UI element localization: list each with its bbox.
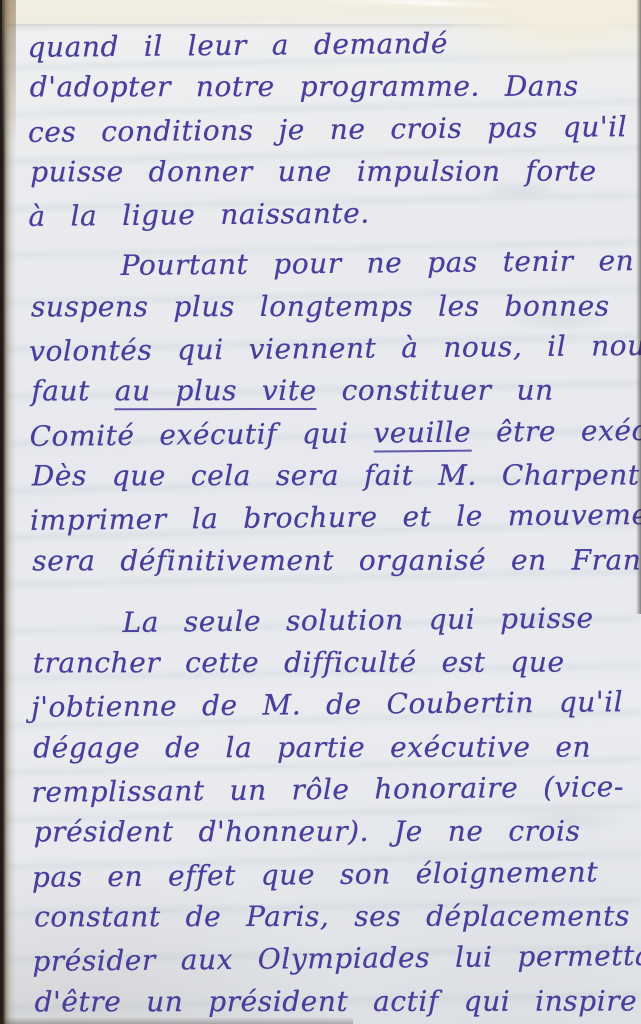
manuscript-line: trancher cette difficulté est que (33, 642, 640, 685)
manuscript-paragraph: Pourtant pour ne pas tenir ensuspens plu… (29, 242, 638, 584)
handwritten-phrase: Comité exécutif qui (29, 416, 373, 452)
handwritten-phrase: quand il leur a demandé (27, 27, 448, 64)
manuscript-line: suspens plus longtemps les bonnes (31, 285, 638, 328)
handwritten-phrase: Pourtant pour ne pas tenir en (121, 245, 635, 283)
handwritten-phrase: président d'honneur). Je ne crois (34, 815, 581, 849)
handwritten-phrase: suspens plus longtemps les bonnes (31, 289, 610, 323)
manuscript-line: sera définitivement organisé en France. (32, 539, 639, 582)
manuscript-line: imprimer la brochure et le mouvement (30, 494, 637, 542)
page-left-edge-highlight (2, 0, 16, 150)
page-right-edge (636, 0, 641, 614)
manuscript-text: quand il leur a demandéd'adopter notre p… (0, 0, 641, 1024)
manuscript-line: volontés qui viennent à nous, il nous (29, 325, 636, 373)
manuscript-line: faut au plus vite constituer un (31, 370, 638, 413)
handwritten-phrase: constant de Paris, ses déplacements pour (34, 899, 641, 933)
manuscript-paragraph: La seule solution qui puissetrancher cet… (30, 598, 639, 1024)
handwritten-phrase: constituer un (317, 374, 554, 407)
manuscript-line: quand il leur a demandé (27, 21, 634, 69)
page-bottom-shadow (0, 1017, 353, 1024)
underlined-phrase: veuille (373, 415, 471, 452)
handwritten-phrase: dégage de la partie exécutive en (33, 730, 591, 764)
manuscript-line: présider aux Olympiades lui permettaient (32, 935, 639, 983)
underlined-phrase: au plus vite (115, 374, 317, 410)
handwritten-phrase: ces conditions je ne crois pas qu'il (28, 110, 627, 149)
handwritten-phrase: d'être un président actif qui inspire et (35, 984, 641, 1018)
manuscript-line: constant de Paris, ses déplacements pour (34, 895, 641, 938)
manuscript-line: Comité exécutif qui veuille être exécuti… (29, 410, 636, 458)
handwritten-phrase: présider aux Olympiades lui permettaient (32, 939, 641, 978)
manuscript-line: puisse donner une impulsion forte (30, 150, 637, 193)
handwritten-phrase: être exécutif (471, 413, 641, 448)
manuscript-line: à la ligue naissante. (28, 190, 635, 238)
manuscript-line: Pourtant pour ne pas tenir en (29, 241, 636, 289)
handwritten-phrase: pas en effet que son éloignement (32, 855, 598, 893)
handwritten-phrase: La seule solution qui puisse (122, 601, 593, 639)
handwritten-phrase: puisse donner une impulsion forte (30, 154, 596, 188)
manuscript-line: remplissant un rôle honoraire (vice- (31, 766, 638, 814)
manuscript-paragraph: quand il leur a demandéd'adopter notre p… (27, 22, 635, 237)
handwritten-phrase: imprimer la brochure et le mouvement (30, 498, 641, 537)
handwritten-phrase: d'adopter notre programme. Dans (30, 70, 579, 104)
manuscript-line: pas en effet que son éloignement (32, 851, 639, 899)
handwritten-phrase: sera définitivement organisé en France. (32, 543, 641, 577)
manuscript-line: d'adopter notre programme. Dans (30, 66, 637, 109)
handwritten-phrase: trancher cette difficulté est que (33, 646, 565, 680)
manuscript-line: Dès que cela sera fait M. Charpentier fe… (32, 454, 639, 497)
handwritten-phrase: Dès que cela sera fait M. Charpentier fe… (32, 458, 641, 492)
manuscript-line: ces conditions je ne crois pas qu'il (28, 106, 635, 154)
manuscript-line: j'obtienne de M. de Coubertin qu'il se (31, 681, 638, 729)
handwritten-phrase: faut (31, 375, 114, 408)
handwritten-phrase: j'obtienne de M. de Coubertin qu'il se (31, 685, 641, 724)
handwritten-phrase: à la ligue naissante. (28, 197, 370, 233)
handwritten-phrase: remplissant un rôle honoraire (vice- (31, 770, 624, 809)
manuscript-line: La seule solution qui puisse (30, 597, 637, 645)
page-left-edge (0, 0, 16, 1024)
manuscript-line: dégage de la partie exécutive en (33, 726, 640, 769)
handwritten-phrase: volontés qui viennent à nous, il nous (29, 329, 641, 368)
manuscript-page-scan: quand il leur a demandéd'adopter notre p… (0, 0, 641, 1024)
manuscript-line: président d'honneur). Je ne crois (34, 811, 641, 854)
